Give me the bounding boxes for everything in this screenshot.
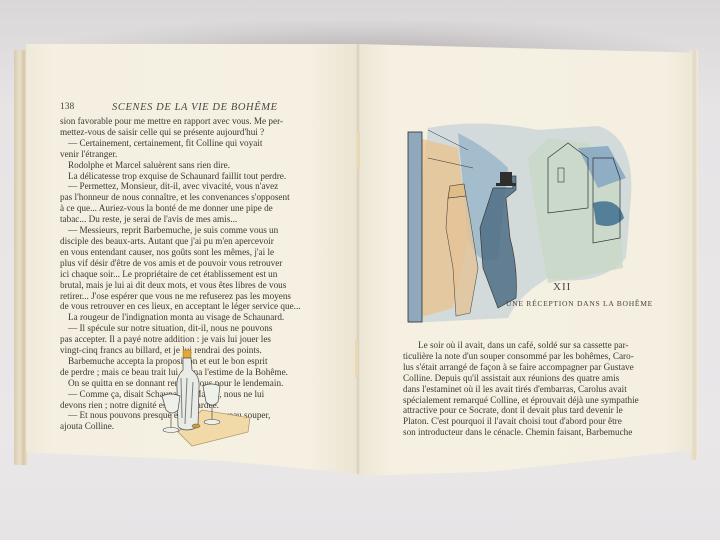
text-line: — Certainement, certainement, fit Collin… [60,138,350,149]
text-line: venir l'étranger. [60,149,350,160]
text-line: attractive pour ce Socrate, dont il deva… [403,405,641,416]
running-head-title: SCENES DE LA VIE DE BOHÊME [112,102,278,113]
text-line: disciple des beaux-arts. Autant que j'ai… [60,236,350,247]
text-line: — Messieurs, reprit Barbemuche, je suis … [60,225,350,236]
wine-bottle-and-glasses-icon [158,348,262,456]
text-line: ticulière la note d'un souper consommé p… [403,351,641,362]
street-scene-top-hat-figures-icon [398,118,636,328]
text-line: — Permettez, Monsieur, dit-il, avec viva… [60,181,350,192]
text-line: Le soir où il avait, dans un café, soldé… [403,340,641,351]
text-line: en vous entendant causer, nos goûts sont… [60,247,350,258]
text-line: mettez-vous de saisir celle qui se prése… [60,127,350,138]
text-line: retirer... J'ose espérer que vous ne me … [60,291,350,302]
text-line: brutal, mais je lui ai dit deux mots, et… [60,280,350,291]
text-line: Platon. C'est pourquoi il l'avait choisi… [403,416,641,427]
text-line: son introducteur dans le cénacle. Chemin… [403,427,641,438]
text-line: Colline. Depuis qu'il assistait aux réun… [403,373,641,384]
text-line: à ce que... Auriez-vous la bonté de me d… [60,203,350,214]
text-line: pas l'honneur de nous connaître, et les … [60,192,350,203]
text-line: de vous retrouver en ces lieux, en accep… [60,301,350,312]
text-line: plus vif désir d'être de vos amis et de … [60,258,350,269]
book-gutter [356,44,360,474]
binding-stitch [357,132,360,170]
page-edges-left [14,50,28,465]
page-number: 138 [60,102,74,112]
text-line: — Il spécule sur notre situation, dit-il… [60,323,350,334]
text-line: sion favorable pour me mettre en rapport… [60,116,350,127]
text-line: spécialement remarqué Colline, et éprouv… [403,395,641,406]
binding-stitch [355,340,358,378]
text-line: pas accepter. Il a payé notre addition :… [60,334,350,345]
text-line: La rougeur de l'indignation monta au vis… [60,312,350,323]
chapter-title: UNE RÉCEPTION DANS LA BOHÊME [506,299,653,308]
text-line: Rodolphe et Marcel saluèrent sans rien d… [60,160,350,171]
text-line: tabac... Du reste, je serai de l'avis de… [60,214,350,225]
open-book: 138 SCENES DE LA VIE DE BOHÊME sion favo… [0,0,720,540]
text-line: La délicatesse trop exquise de Schaunard… [60,171,350,182]
right-page-body-text: Le soir où il avait, dans un café, soldé… [403,340,641,438]
running-head: 138 SCENES DE LA VIE DE BOHÊME [60,102,350,116]
text-line: ici chaque soir... Le propriétaire de ce… [60,269,350,280]
chapter-number: XII [553,281,571,293]
text-line: lus s'était arrangé de façon à se faire … [403,362,641,373]
text-line: dans l'estaminet où il les avait tirés d… [403,384,641,395]
